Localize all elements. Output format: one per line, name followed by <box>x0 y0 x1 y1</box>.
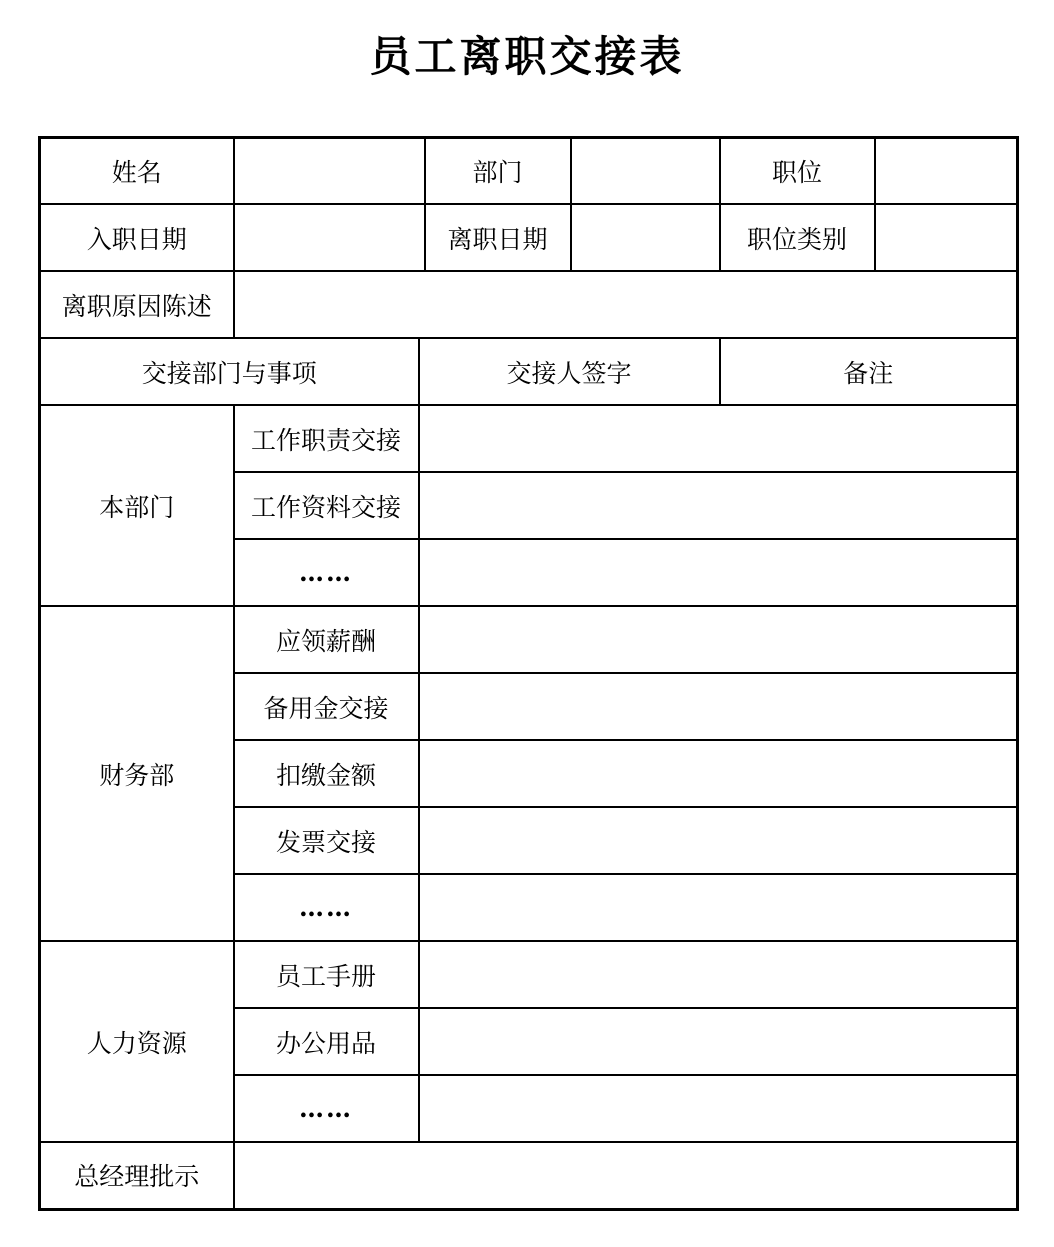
document-page: 员工离职交接表 姓名 部门 职位 入职日期 离职日期 职位类别 <box>0 0 1054 1247</box>
handover-signature-remark-cell[interactable] <box>419 606 1018 673</box>
section-own-department-label: 本部门 <box>40 405 234 606</box>
handover-signature-remark-cell[interactable] <box>419 740 1018 807</box>
handover-signature-remark-cell[interactable] <box>419 807 1018 874</box>
handover-item-label: 扣缴金额 <box>234 740 419 807</box>
table-row: 财务部 应领薪酬 <box>40 606 1018 673</box>
handover-item-label: 工作资料交接 <box>234 472 419 539</box>
position-type-label: 职位类别 <box>720 204 875 271</box>
hire-date-label: 入职日期 <box>40 204 234 271</box>
table-row: 总经理批示 <box>40 1142 1018 1209</box>
table-row: 入职日期 离职日期 职位类别 <box>40 204 1018 271</box>
table-row: 交接部门与事项 交接人签字 备注 <box>40 338 1018 405</box>
table-row: 本部门 工作职责交接 <box>40 405 1018 472</box>
department-label: 部门 <box>425 137 571 204</box>
resign-reason-label: 离职原因陈述 <box>40 271 234 338</box>
handover-remark-header: 备注 <box>720 338 1018 405</box>
handover-item-label: 应领薪酬 <box>234 606 419 673</box>
handover-signature-remark-cell[interactable] <box>419 1008 1018 1075</box>
handover-item-label: 工作职责交接 <box>234 405 419 472</box>
table-row: 姓名 部门 职位 <box>40 137 1018 204</box>
department-value-cell[interactable] <box>571 137 720 204</box>
handover-item-label: …… <box>234 874 419 941</box>
handover-item-label: 办公用品 <box>234 1008 419 1075</box>
handover-signature-remark-cell[interactable] <box>419 1075 1018 1142</box>
handover-signature-remark-cell[interactable] <box>419 941 1018 1008</box>
handover-item-label: 备用金交接 <box>234 673 419 740</box>
table-row: 离职原因陈述 <box>40 271 1018 338</box>
handover-signature-remark-cell[interactable] <box>419 874 1018 941</box>
name-value-cell[interactable] <box>234 137 425 204</box>
handover-item-label: …… <box>234 1075 419 1142</box>
handover-signature-remark-cell[interactable] <box>419 405 1018 472</box>
resign-reason-value-cell[interactable] <box>234 271 1018 338</box>
resignation-handover-table: 姓名 部门 职位 入职日期 离职日期 职位类别 离职原因陈述 交接部门与事项 交… <box>38 136 1019 1211</box>
hire-date-value-cell[interactable] <box>234 204 425 271</box>
table-row: 人力资源 员工手册 <box>40 941 1018 1008</box>
handover-signature-remark-cell[interactable] <box>419 673 1018 740</box>
handover-item-label: 发票交接 <box>234 807 419 874</box>
page-title: 员工离职交接表 <box>38 30 1016 85</box>
gm-approval-value-cell[interactable] <box>234 1142 1018 1209</box>
handover-signature-remark-cell[interactable] <box>419 539 1018 606</box>
resign-date-value-cell[interactable] <box>571 204 720 271</box>
handover-signature-header: 交接人签字 <box>419 338 720 405</box>
resign-date-label: 离职日期 <box>425 204 571 271</box>
gm-approval-label: 总经理批示 <box>40 1142 234 1209</box>
handover-dept-items-header: 交接部门与事项 <box>40 338 419 405</box>
handover-signature-remark-cell[interactable] <box>419 472 1018 539</box>
section-hr-label: 人力资源 <box>40 941 234 1142</box>
section-finance-label: 财务部 <box>40 606 234 941</box>
position-type-value-cell[interactable] <box>875 204 1018 271</box>
position-value-cell[interactable] <box>875 137 1018 204</box>
handover-item-label: 员工手册 <box>234 941 419 1008</box>
name-label: 姓名 <box>40 137 234 204</box>
position-label: 职位 <box>720 137 875 204</box>
handover-item-label: …… <box>234 539 419 606</box>
